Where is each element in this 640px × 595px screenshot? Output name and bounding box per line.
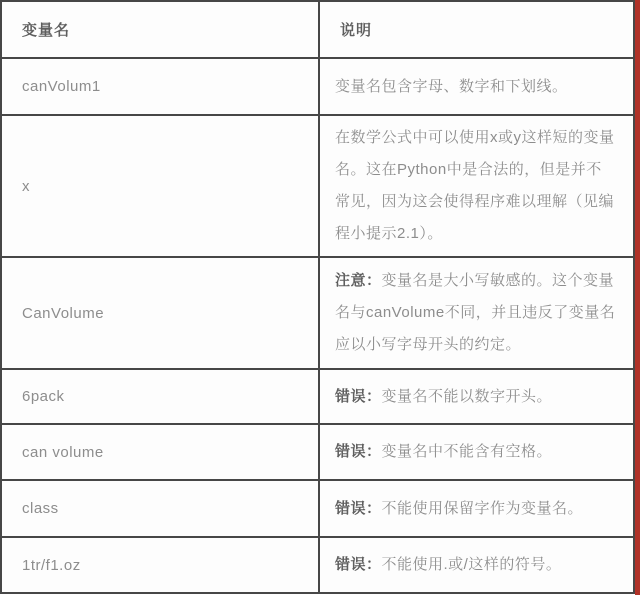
- description-cell: 在数学公式中可以使用x或y这样短的变量名。这在Python中是合法的，但是并不常…: [319, 115, 634, 257]
- header-description: 说明: [319, 1, 634, 58]
- variable-name-cell: CanVolume: [1, 257, 319, 369]
- description-text: 变量名中不能含有空格。: [382, 443, 553, 460]
- variable-name-cell: x: [1, 115, 319, 257]
- description-text: 不能使用保留字作为变量名。: [382, 500, 584, 517]
- table-row: CanVolume 注意：变量名是大小写敏感的。这个变量名与canVolume不…: [1, 257, 634, 369]
- table-header-row: 变量名 说明: [1, 1, 634, 58]
- description-prefix: 注意：: [335, 272, 382, 289]
- description-text: 变量名包含字母、数字和下划线。: [335, 78, 568, 95]
- variable-name-cell: canVolum1: [1, 58, 319, 115]
- description-prefix: 错误：: [335, 500, 382, 517]
- description-text: 变量名不能以数字开头。: [382, 388, 553, 405]
- header-variable-name: 变量名: [1, 1, 319, 58]
- description-cell: 错误：变量名不能以数字开头。: [319, 369, 634, 424]
- description-text: 在数学公式中可以使用x或y这样短的变量名。这在Python中是合法的，但是并不常…: [335, 129, 615, 242]
- description-text: 不能使用.或/这样的符号。: [382, 556, 562, 573]
- description-cell: 错误：不能使用保留字作为变量名。: [319, 480, 634, 537]
- variable-name-cell: class: [1, 480, 319, 537]
- table-row: 6pack 错误：变量名不能以数字开头。: [1, 369, 634, 424]
- description-prefix: 错误：: [335, 388, 382, 405]
- description-cell: 变量名包含字母、数字和下划线。: [319, 58, 634, 115]
- table-row: x 在数学公式中可以使用x或y这样短的变量名。这在Python中是合法的，但是并…: [1, 115, 634, 257]
- description-prefix: 错误：: [335, 556, 382, 573]
- description-cell: 错误：变量名中不能含有空格。: [319, 424, 634, 480]
- description-cell: 注意：变量名是大小写敏感的。这个变量名与canVolume不同，并且违反了变量名…: [319, 257, 634, 369]
- table-row: 1tr/f1.oz 错误：不能使用.或/这样的符号。: [1, 537, 634, 593]
- variable-naming-rules-table: 变量名 说明 canVolum1 变量名包含字母、数字和下划线。 x 在数学公式…: [0, 0, 635, 594]
- table-row: canVolum1 变量名包含字母、数字和下划线。: [1, 58, 634, 115]
- document-page: 变量名 说明 canVolum1 变量名包含字母、数字和下划线。 x 在数学公式…: [0, 0, 640, 595]
- table-row: class 错误：不能使用保留字作为变量名。: [1, 480, 634, 537]
- description-cell: 错误：不能使用.或/这样的符号。: [319, 537, 634, 593]
- page-edge-strip: [635, 0, 640, 595]
- description-prefix: 错误：: [335, 443, 382, 460]
- variable-name-cell: can volume: [1, 424, 319, 480]
- variable-name-cell: 1tr/f1.oz: [1, 537, 319, 593]
- variable-name-cell: 6pack: [1, 369, 319, 424]
- table-row: can volume 错误：变量名中不能含有空格。: [1, 424, 634, 480]
